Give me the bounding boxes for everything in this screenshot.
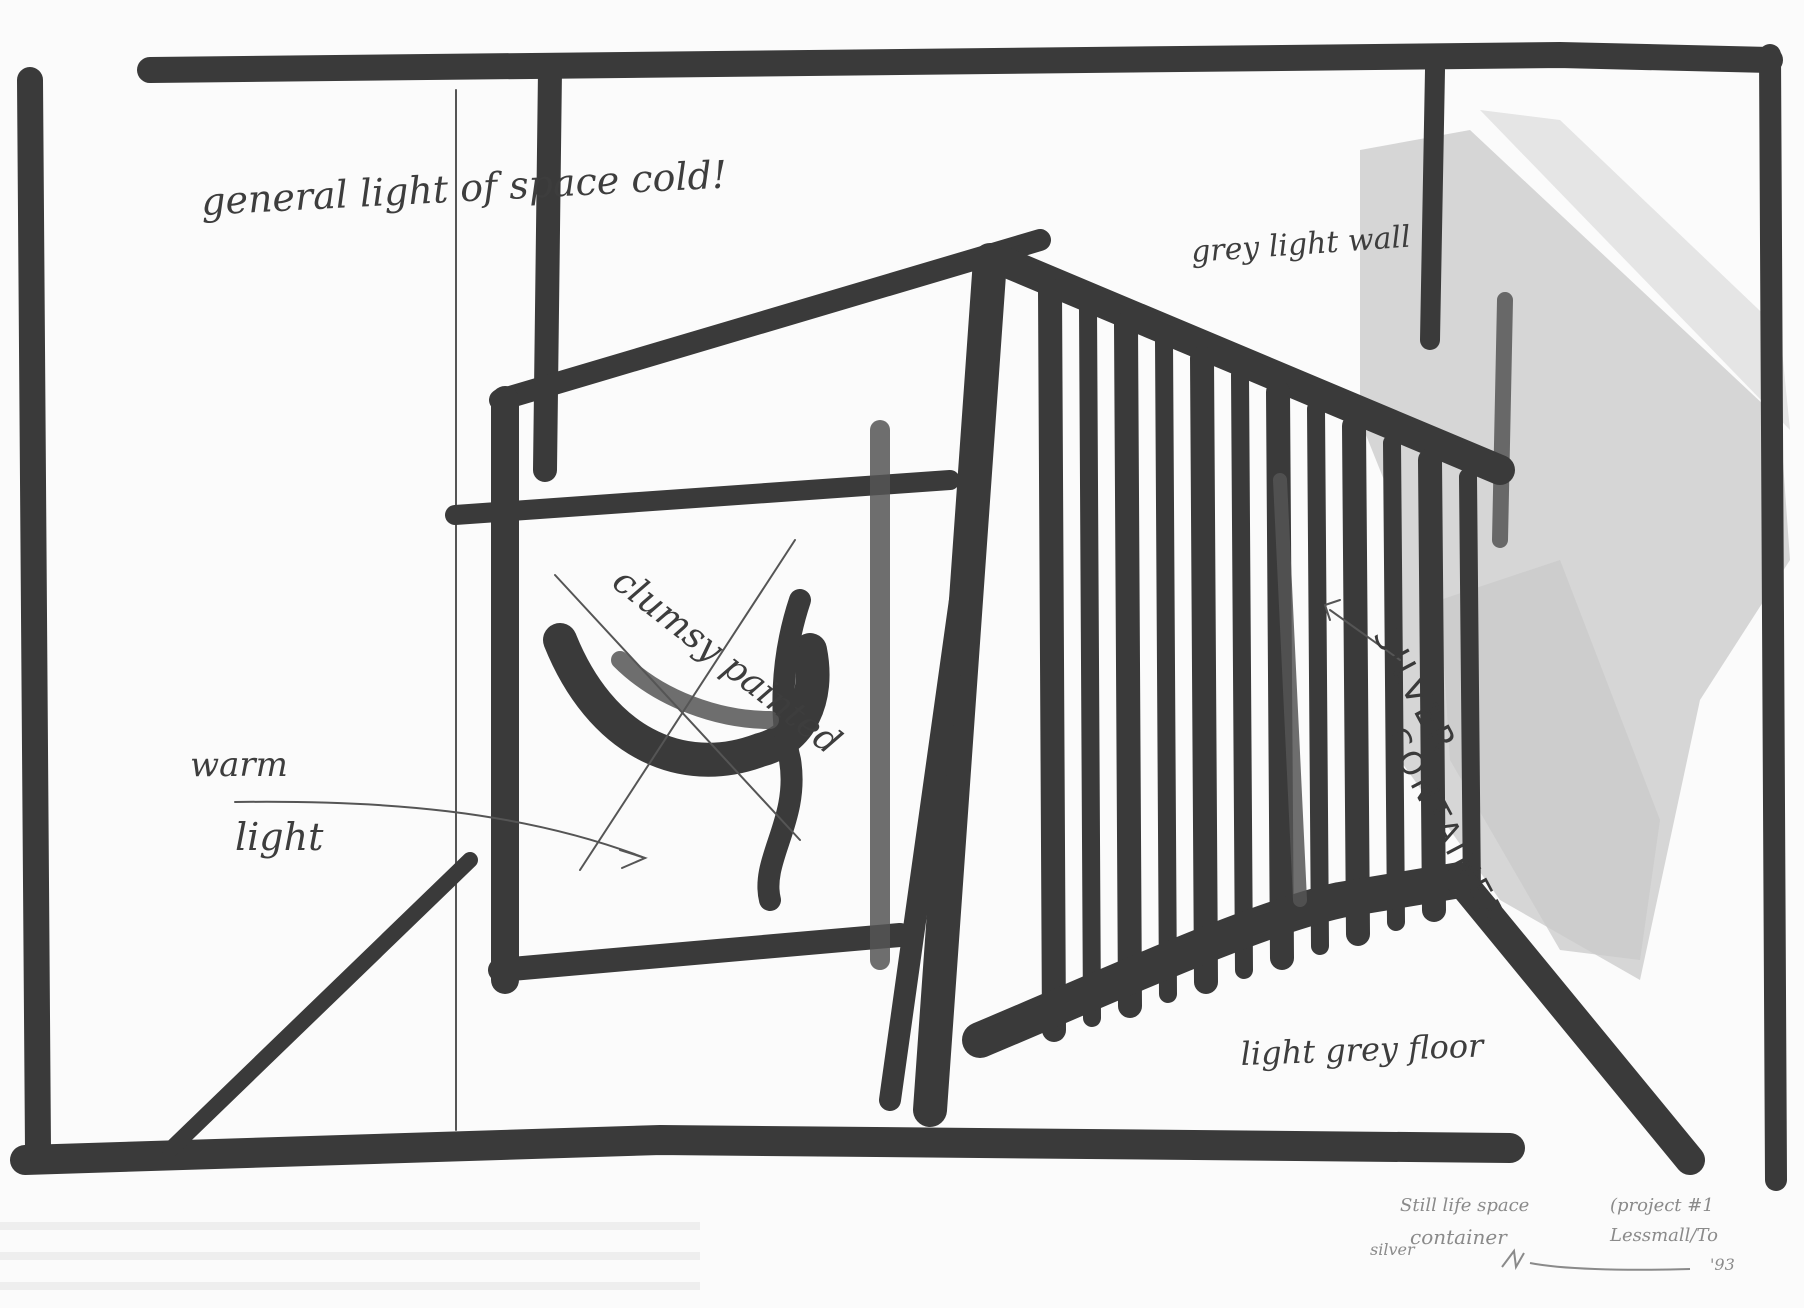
caption-line1: Still life space [1400,1195,1529,1216]
note-warm: warm [190,745,288,785]
caption-year: '93 [1710,1255,1735,1274]
signature-mark [1500,1245,1700,1275]
caption-line2: container [1410,1225,1507,1249]
caption-silver: silver [1370,1240,1415,1259]
print-bleed-through [0,1200,700,1308]
note-light: light [235,815,323,859]
caption-line1b: (project #1 [1610,1195,1714,1216]
caption-line2b: Lessmall/To [1610,1225,1718,1246]
